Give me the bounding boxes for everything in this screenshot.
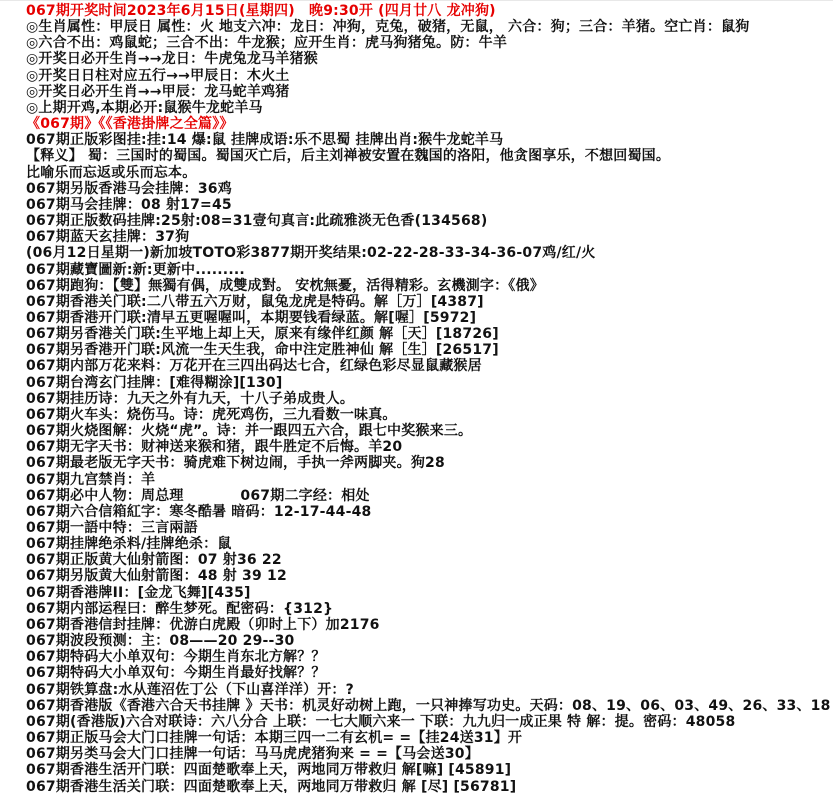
text-line: 067期正版彩图挂:挂:14 爆:鼠 挂牌成语:乐不思蜀 挂牌出肖:猴牛龙蛇羊马 [26,132,829,148]
text-line: 067期香港生活开门联：四面楚歌奉上天，两地同万带救归 解[嘛] [45891] [26,762,829,778]
text-line: 067期另版黄大仙射箭图：48 射 39 12 [26,568,829,584]
text-line: 067期无字天书：财神送来猴和猪，跟牛胜定不后悔。羊20 [26,439,829,455]
text-line: 067期香港关门联:二八带五六万财，鼠兔龙虎是特码。解［万］[4387] [26,294,829,310]
text-line: 067期六合信箱紅字：寒冬酷暑 暗码：12-17-44-48 [26,504,829,520]
text-line: ◎六合不出：鸡鼠蛇；三合不出：牛龙猴；应开生肖：虎马狗猪兔。防：牛羊 [26,35,829,51]
text-line: 067期香港开门联:清早五更喔喔叫，本期要钱看绿蓝。解[喔］[5972] [26,310,829,326]
text-line: ◎上期开鸡,本期必开:鼠猴牛龙蛇羊马 [26,100,829,116]
text-line: (06月12日星期一)新加坡TOTO彩3877期开奖结果:02-22-28-33… [26,245,829,261]
text-line: 067期另香港开门联:风流一生天生我，命中注定胜神仙 解［生］[26517] [26,342,829,358]
text-line: ◎生肖属性：甲辰日 属性：火 地支六冲：龙日：冲狗，克兔，破猪，无鼠， 六合：狗… [26,19,829,35]
text-line: 067期内部运程曰：醉生梦死。配密码：{312} [26,601,829,617]
text-line: 067期香港牌II：[金龙飞舞][435] [26,585,829,601]
text-line: 067期台湾玄门挂牌：[难得糊涂][130] [26,375,829,391]
header-line: 《067期》《《香港掛牌之全篇》》 [26,116,829,132]
text-line: 【释义】 蜀：三国时的蜀国。蜀国灭亡后，后主刘禅被安置在魏国的洛阳，他贪图享乐，… [26,148,829,164]
text-line: 067期正版黄大仙射箭图：07 射36 22 [26,552,829,568]
text-line: 067期(香港版)六合对联诗：六八分合 上联：一七大顺六来一 下联：九九归一成正… [26,714,829,730]
text-line: 067期特码大小单双句：今期生肖东北方解？？ [26,649,829,665]
text-line: 067期另香港关门联:生平地上却上天，原来有缘伴红颜 解［天］[18726] [26,326,829,342]
lottery-tips-page: 067期开奖时间2023年6月15日(星期四) 晚9:30开 (四月廿八 龙冲狗… [0,0,833,793]
text-line: 067期香港版《香港六合天书挂牌 》天书：机灵好动树上跑，一只神捧写功史。天码：… [26,698,829,714]
text-line: 067期正版数码挂牌:25射:08=31壹句真言:此疏雅淡无色香(134568) [26,213,829,229]
text-line: 067期九宫禁肖：羊 [26,472,829,488]
text-line: 067期香港生活关门联：四面楚歌奉上天，两地同万带救归 解 [尽] [56781… [26,779,829,793]
text-line: 067期正版马会大门口挂牌一句话：本期三四一二有玄机= =【挂24送31】开 [26,730,829,746]
text-line: 067期最老版无字天书：骑虎难下树边闹，手执一斧两脚夹。狗28 [26,455,829,471]
text-line: 比喻乐而忘返或乐而忘本。 [26,165,829,181]
header-line: 067期开奖时间2023年6月15日(星期四) 晚9:30开 (四月廿八 龙冲狗… [26,3,829,19]
text-line: ◎开奖日日柱对应五行→→甲辰日：木火土 [26,68,829,84]
text-line: 067期挂牌绝杀料/挂牌绝杀：鼠 [26,536,829,552]
text-line: ◎开奖日必开生肖→→龙日：牛虎兔龙马羊猪猴 [26,51,829,67]
text-line: 067期藏寶圖新:新:更新中......... [26,262,829,278]
text-line: 067期特码大小单双句：今期生肖最好找解？？ [26,665,829,681]
text-line: 067期香港信封挂牌：优游白虎殿（卯时上下）加2176 [26,617,829,633]
text-line: 067期跑狗：【雙】無獨有偶，成雙成對。 安枕無憂，活得精彩。玄機測字：《俄》 [26,278,829,294]
text-line: 067期一語中特：三言兩語 [26,520,829,536]
text-line: 067期挂历诗：九天之外有九天，十八子弟成贵人。 [26,391,829,407]
text-line: 067期必中人物：周总理 067期二字经：相处 [26,488,829,504]
text-line: 067期波段预测：主：08——20 29--30 [26,633,829,649]
text-line: ◎开奖日必开生肖→→甲辰：龙马蛇羊鸡猪 [26,84,829,100]
text-line: 067期蓝天玄挂牌：37狗 [26,229,829,245]
text-line: 067期马会挂牌：08 射17=45 [26,197,829,213]
text-line: 067期另类马会大门口挂牌一句话：马马虎虎猪狗来 = =【马会送30】 [26,746,829,762]
text-line: 067期铁算盘:水从莲沼佐丁公（下山喜洋洋）开：? [26,682,829,698]
text-line: 067期火车头：烧伤马。诗：虎死鸡伤，三九看数一味真。 [26,407,829,423]
text-line: 067期火烧图解：火烧“虎”。诗：并一跟四五六合，跟七中奖猴来三。 [26,423,829,439]
content-lines: 067期开奖时间2023年6月15日(星期四) 晚9:30开 (四月廿八 龙冲狗… [26,3,829,793]
text-line: 067期内部万花来料：万花开在三四出码达七合，红绿色彩尽显鼠藏猴居 [26,358,829,374]
text-line: 067期另版香港马会挂牌：36鸡 [26,181,829,197]
